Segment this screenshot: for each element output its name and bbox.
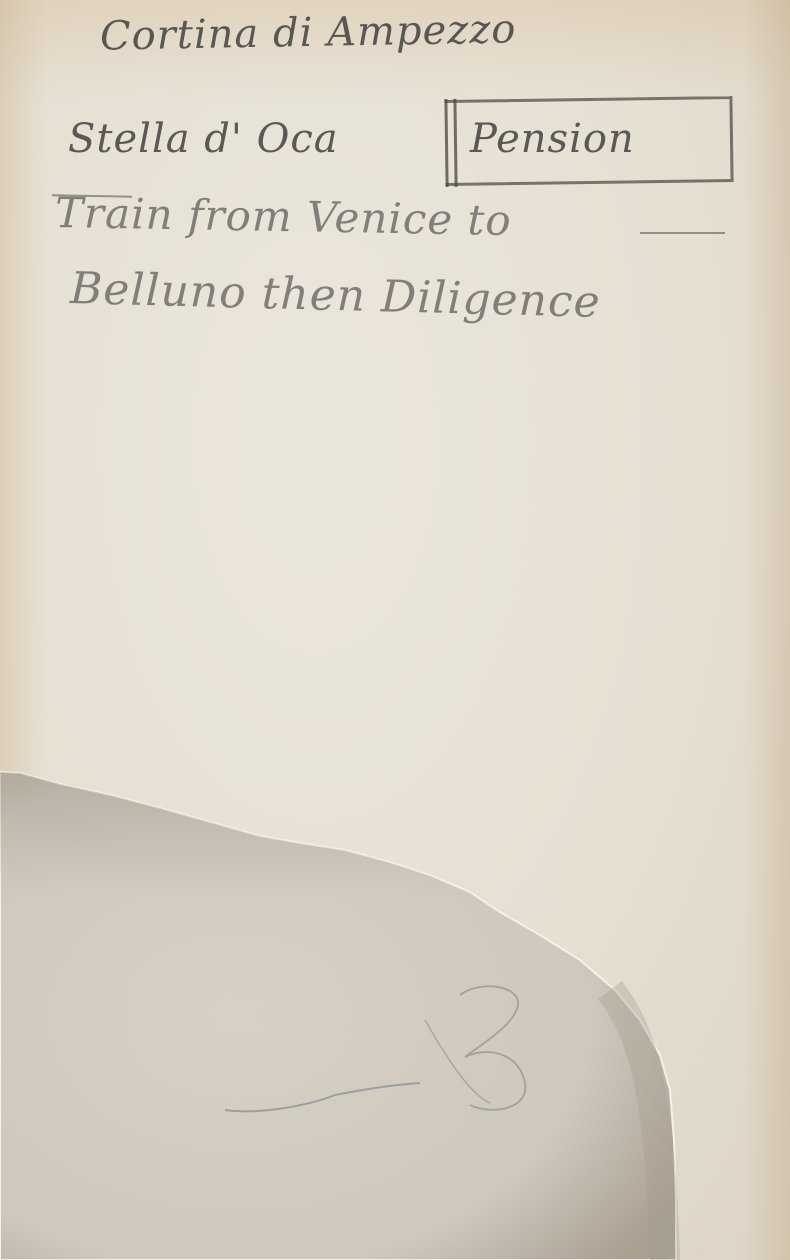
paper-page: Cortina di Ampezzo Stella d' Oca Pension…	[0, 0, 790, 1260]
pencil-number-mark	[220, 965, 540, 1125]
